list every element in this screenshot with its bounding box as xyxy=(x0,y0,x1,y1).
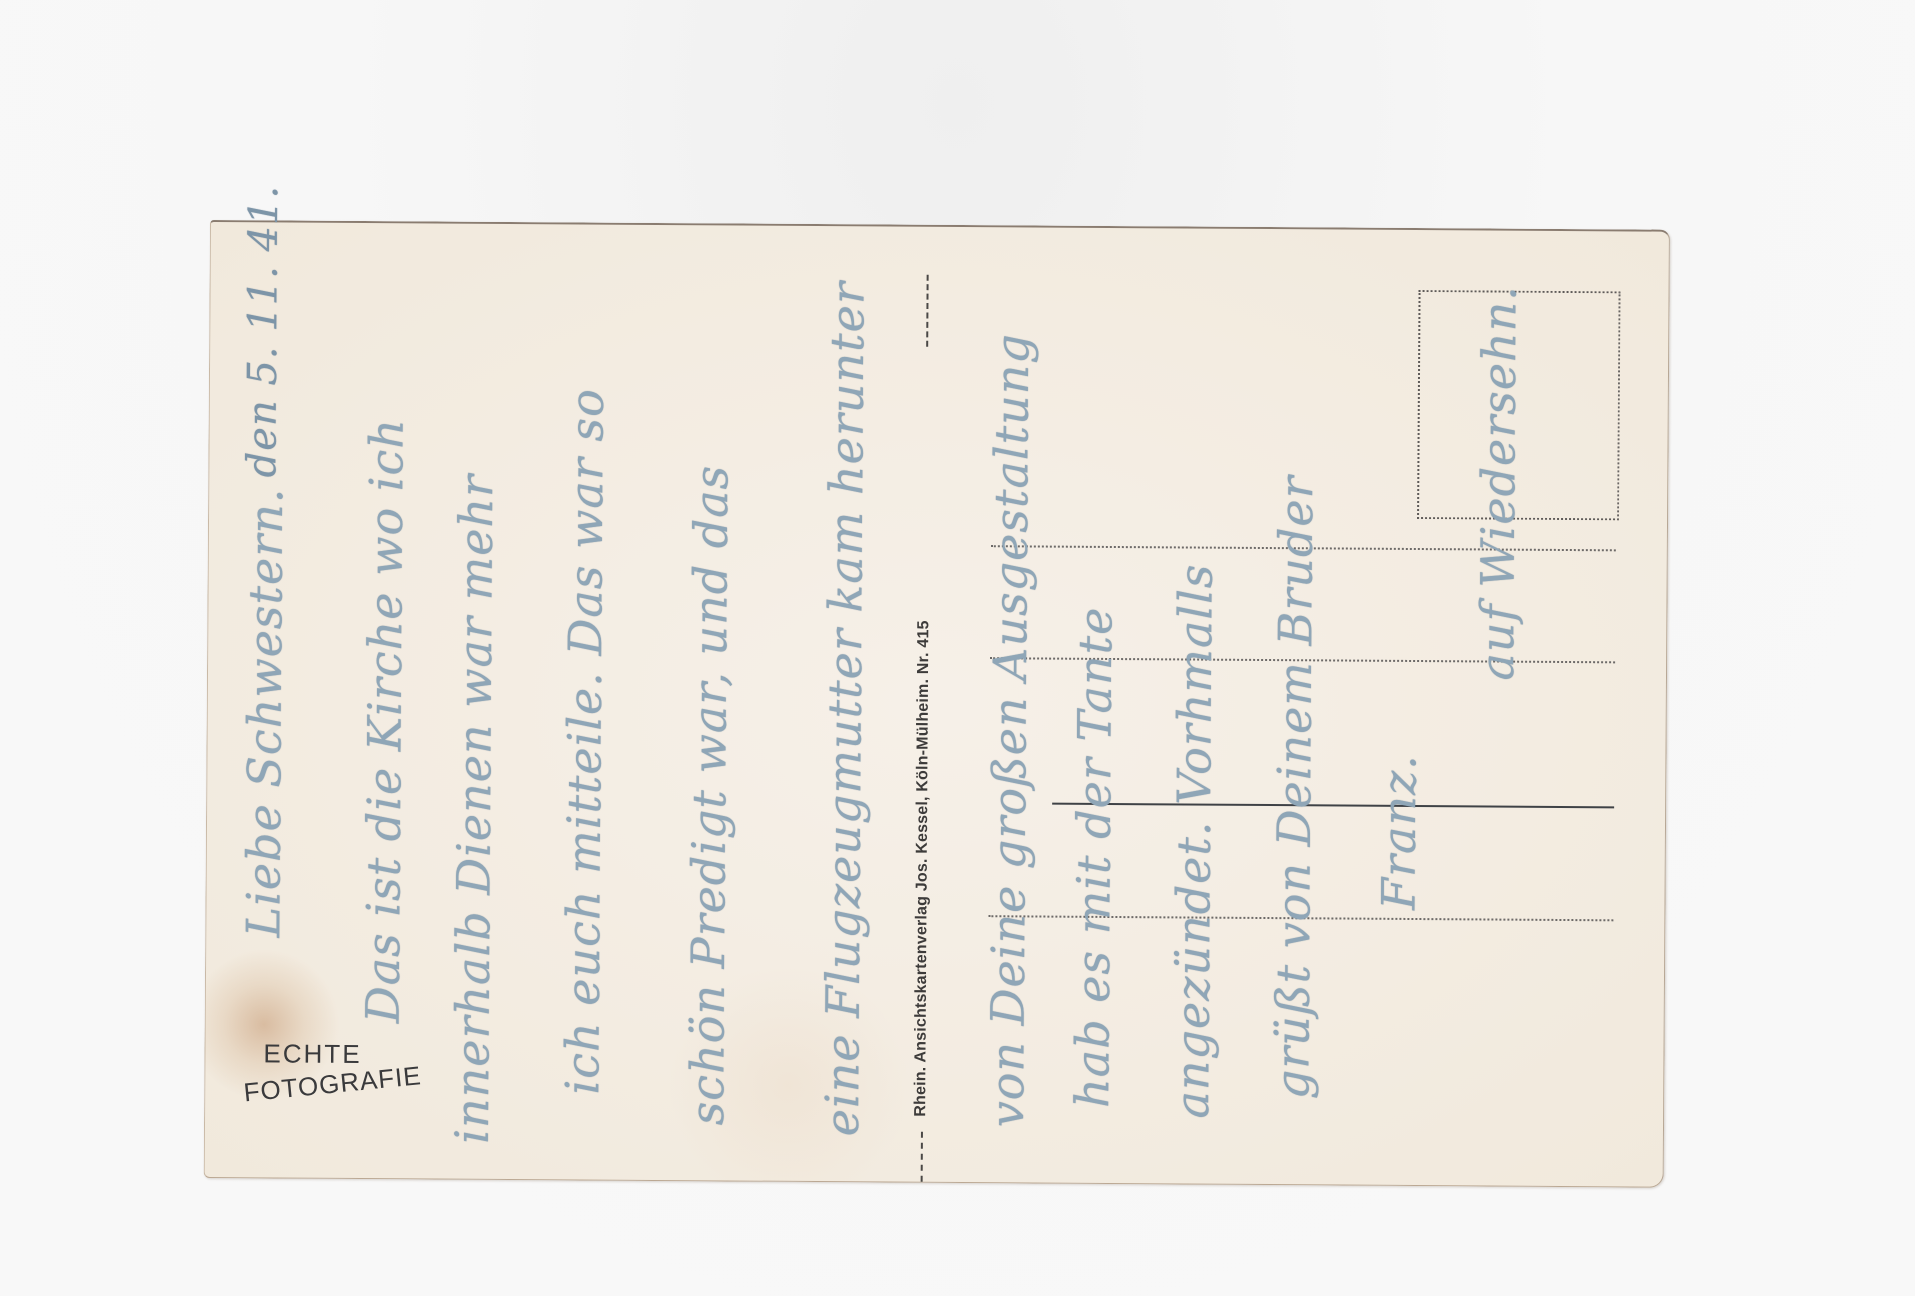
handwritten-line-1: Das ist die Kirche wo ich xyxy=(356,418,414,1023)
address-line-3 xyxy=(1052,803,1614,809)
handwritten-line-5: eine Flugzeugmutter kam herunter xyxy=(815,281,875,1136)
fotografie-label: FOTOGRAFIE xyxy=(242,1062,422,1105)
handwritten-line-6: von Deine großen Ausgestaltung xyxy=(980,333,1039,1127)
divider-dash-top xyxy=(926,275,928,347)
handwritten-salutation: Liebe Schwestern. xyxy=(236,487,293,937)
handwritten-signature: Franz. xyxy=(1371,754,1426,910)
divider-dash-bottom xyxy=(921,1132,923,1182)
handwritten-line-8: angezündet. Vorhmalls xyxy=(1165,563,1223,1118)
handwritten-line-2: innerhalb Dienen war mehr xyxy=(445,474,503,1144)
handwritten-date: den 5. 11. 41. xyxy=(239,185,287,478)
handwritten-closing: auf Wiedersehn. xyxy=(1470,285,1527,681)
echte-label: ECHTE xyxy=(263,1040,361,1067)
handwritten-line-7: hab es mit der Tante xyxy=(1065,607,1122,1109)
publisher-imprint: Rhein. Ansichtskartenverlag Jos. Kessel,… xyxy=(912,620,933,1117)
handwritten-line-4: schön Predigt war, und das xyxy=(680,465,738,1126)
handwritten-line-9: grüßt von Deinem Bruder xyxy=(1265,475,1323,1099)
postcard: Rhein. Ansichtskartenverlag Jos. Kessel,… xyxy=(204,220,1670,1188)
handwritten-line-3: ich euch mitteile. Das war so xyxy=(555,388,614,1095)
